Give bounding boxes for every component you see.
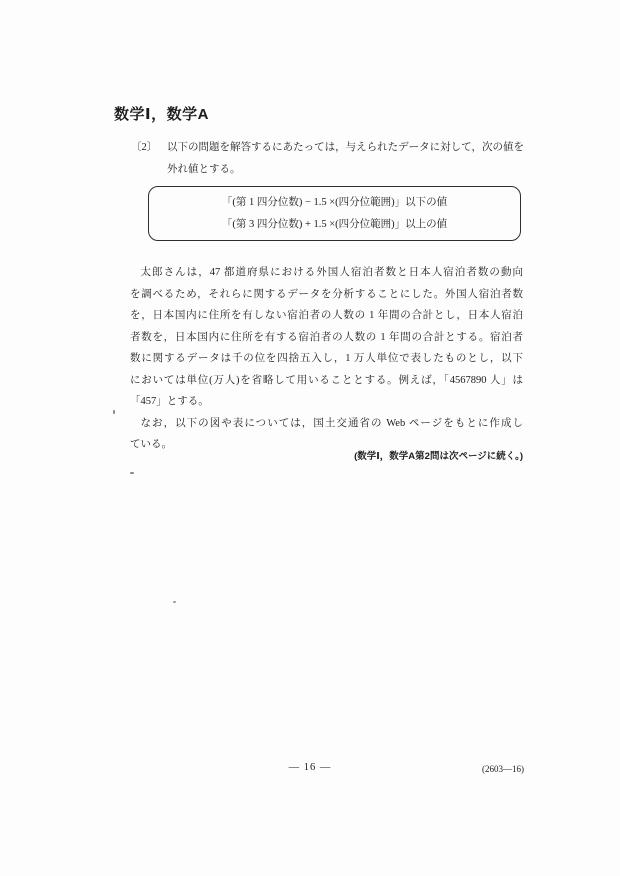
body-line: 数に関するデータは千の位を四捨五入し，1 万人単位で表したものとし，以下	[130, 348, 523, 370]
outlier-rule-lower: 「(第 1 四分位数) − 1.5 ×(四分位範囲)」以下の値	[222, 192, 447, 214]
problem-intro: 以下の問題を解答するにあたっては，与えられたデータに対して，次の値を 外れ値とす…	[167, 137, 524, 181]
print-code: (2603—16)	[482, 764, 524, 774]
body-line: 太郎さんは，47 都道府県における外国人宿泊者数と日本人宿泊者数の動向	[130, 262, 523, 284]
body-line: を，日本国内に住所を有しない宿泊者の人数の 1 年間の合計とし，日本人宿泊	[130, 305, 523, 327]
body-line: を調べるため，それらに関するデータを分析することにした。外国人宿泊者数	[130, 284, 523, 306]
outlier-rule-upper: 「(第 3 四分位数) + 1.5 ×(四分位範囲)」以上の値	[222, 214, 447, 236]
continuation-note: (数学Ⅰ，数学A第2問は次ページに続く。)	[130, 448, 523, 462]
body-line: なお，以下の図や表については，国土交通省の Web ページをもとに作成し	[130, 413, 523, 435]
intro-line: 外れ値とする。	[167, 159, 524, 181]
problem-body: 太郎さんは，47 都道府県における外国人宿泊者数と日本人宿泊者数の動向 を調べる…	[130, 262, 523, 456]
problem-number-label: 〔2〕	[131, 137, 161, 181]
scan-artifact	[173, 601, 176, 603]
page-number: — 16 —	[0, 762, 620, 773]
body-line: 「457」とする。	[130, 391, 523, 413]
scan-artifact	[130, 472, 134, 474]
scan-artifact	[113, 410, 115, 414]
outlier-definition-box: 「(第 1 四分位数) − 1.5 ×(四分位範囲)」以下の値 「(第 3 四分…	[148, 186, 521, 241]
problem-2-section: 〔2〕 以下の問題を解答するにあたっては，与えられたデータに対して，次の値を 外…	[131, 137, 524, 181]
intro-line: 以下の問題を解答するにあたっては，与えられたデータに対して，次の値を	[167, 137, 524, 159]
body-line: においては単位(万人)を省略して用いることとする。例えば，「4567890 人」…	[130, 370, 523, 392]
exam-page: 数学Ⅰ，数学A 〔2〕 以下の問題を解答するにあたっては，与えられたデータに対し…	[0, 0, 620, 876]
page-title: 数学Ⅰ，数学A	[114, 103, 209, 124]
body-line: 者数を，日本国内に住所を有する宿泊者の人数の 1 年間の合計とする。宿泊者	[130, 327, 523, 349]
